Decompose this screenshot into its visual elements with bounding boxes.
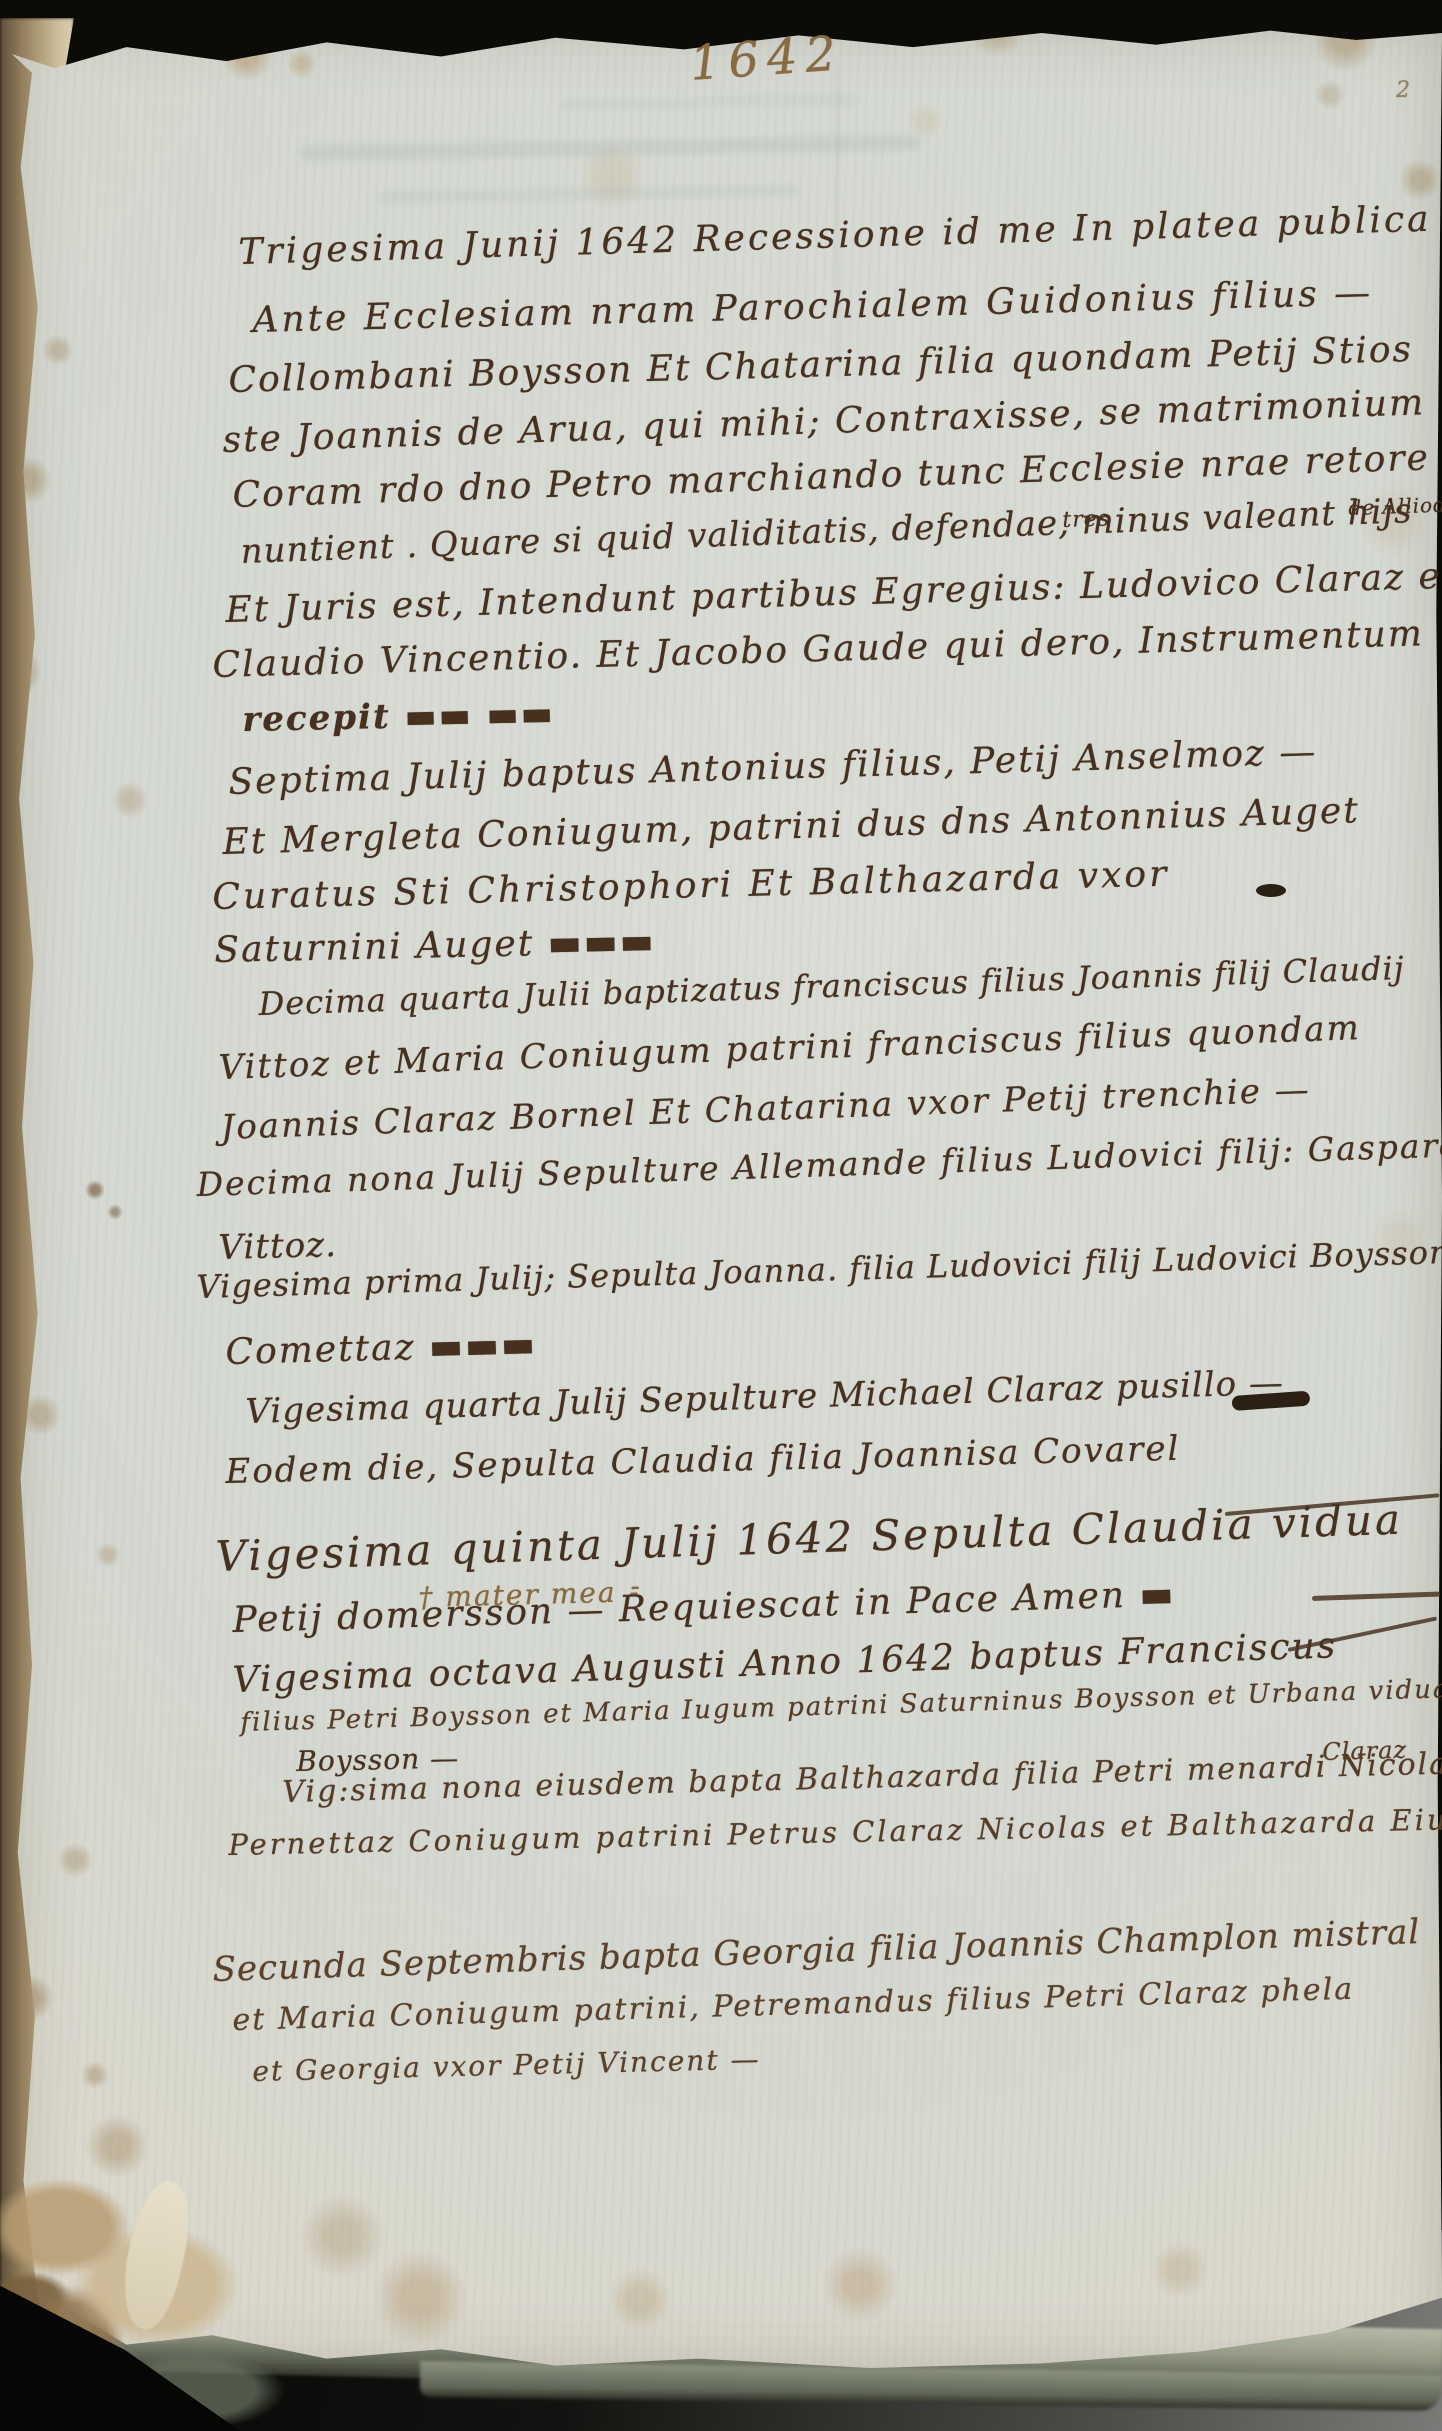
handwriting-line: Vigesima prima Julij; Sepulta Joanna. fi…	[196, 1233, 1442, 1306]
handwriting-line: Vittoz.	[218, 1225, 337, 1268]
handwriting-line: Comettaz ▬▬▬	[225, 1324, 537, 1373]
handwriting-line: Vigesima quarta Julij Sepulture Michael …	[245, 1363, 1284, 1432]
handwriting-line: Ante Ecclesiam nram Parochialem Guidoniu…	[252, 273, 1374, 341]
handwriting-line: Et Mergleta Coniugum, patrini dus dns An…	[222, 790, 1360, 863]
handwriting-line: 2	[1396, 78, 1410, 103]
handwriting-line: Septima Julij baptus Antonius filius, Pe…	[228, 732, 1318, 803]
manuscript-photo: 16422Trigesima Junij 1642 Recessione id …	[0, 0, 1442, 2431]
handwriting-line: Trigesima Junij 1642 Recessione id me In…	[238, 199, 1432, 273]
handwriting-line: recepit ▬▬ ▬▬	[242, 693, 555, 740]
handwriting-line: Eodem die, Sepulta Claudia filia Joannis…	[225, 1429, 1181, 1492]
handwriting-line: Saturnini Auget ▬▬▬	[214, 921, 656, 971]
handwriting-line: Vigesima quinta Julij 1642 Sepulta Claud…	[215, 1495, 1404, 1581]
handwriting-line: Petij domersson — Requiescat in Pace Ame…	[232, 1574, 1176, 1641]
handwriting-layer: 16422Trigesima Junij 1642 Recessione id …	[0, 0, 1442, 2431]
handwriting-line: 1642	[688, 25, 846, 92]
handwriting-line: et Georgia vxor Petij Vincent —	[252, 2043, 761, 2088]
handwriting-line: Curatus Sti Christophori Et Balthazarda …	[212, 854, 1170, 918]
ink-blot	[1256, 884, 1286, 897]
handwriting-line: Pernettaz Coniugum patrini Petrus Claraz…	[228, 1800, 1442, 1862]
